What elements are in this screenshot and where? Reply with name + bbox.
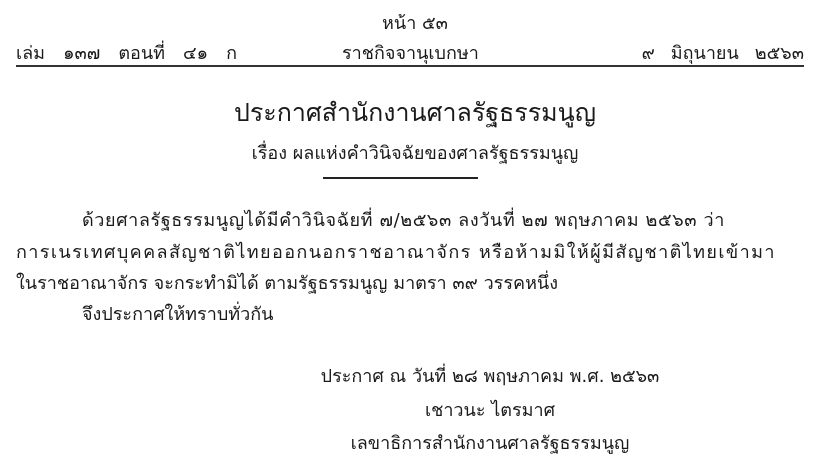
- date-day: ๙: [642, 43, 655, 64]
- announcement-date: ประกาศ ณ วันที่ ๒๘ พฤษภาคม พ.ศ. ๒๕๖๓: [240, 361, 740, 390]
- closing-statement: จึงประกาศให้ทราบทั่วกัน: [16, 299, 804, 328]
- section-label: ตอนที่: [118, 43, 165, 64]
- gazette-issue-info: เล่ม๑๓๗ตอนที่๔๑ก: [16, 38, 255, 67]
- body-paragraph-line: ด้วยศาลรัฐธรรมนูญได้มีคำวินิจฉัยที่ ๗/๒๕…: [16, 205, 804, 234]
- header-divider: [16, 65, 804, 67]
- section-type: ก: [226, 43, 237, 64]
- page-number: หน้า ๕๓: [0, 8, 820, 37]
- document-title: ประกาศสำนักงานศาลรัฐธรรมนูญ: [0, 93, 820, 133]
- date-year: ๒๕๖๓: [755, 43, 804, 64]
- title-divider: [323, 177, 478, 179]
- section-number: ๔๑: [183, 43, 208, 64]
- date-month: มิถุนายน: [671, 43, 739, 64]
- signatory-name: เชาวนะ ไตรมาศ: [240, 395, 740, 424]
- volume-label: เล่ม: [16, 43, 45, 64]
- volume-number: ๑๓๗: [63, 43, 100, 64]
- document-subject: เรื่อง ผลแห่งคำวินิจฉัยของศาลรัฐธรรมนูญ: [0, 138, 820, 167]
- publication-name: ราชกิจจานุเบกษา: [342, 38, 479, 67]
- signatory-position: เลขาธิการสำนักงานศาลรัฐธรรมนูญ: [240, 428, 740, 457]
- gazette-header: เล่ม๑๓๗ตอนที่๔๑ก ราชกิจจานุเบกษา ๙มิถุนา…: [16, 38, 804, 64]
- publication-date: ๙มิถุนายน๒๕๖๓: [626, 38, 804, 67]
- body-paragraph-line: ในราชอาณาจักร จะกระทำมิได้ ตามรัฐธรรมนูญ…: [16, 268, 804, 297]
- body-paragraph-line: การเนรเทศบุคคลสัญชาติไทยออกนอกราชอาณาจัก…: [16, 237, 804, 266]
